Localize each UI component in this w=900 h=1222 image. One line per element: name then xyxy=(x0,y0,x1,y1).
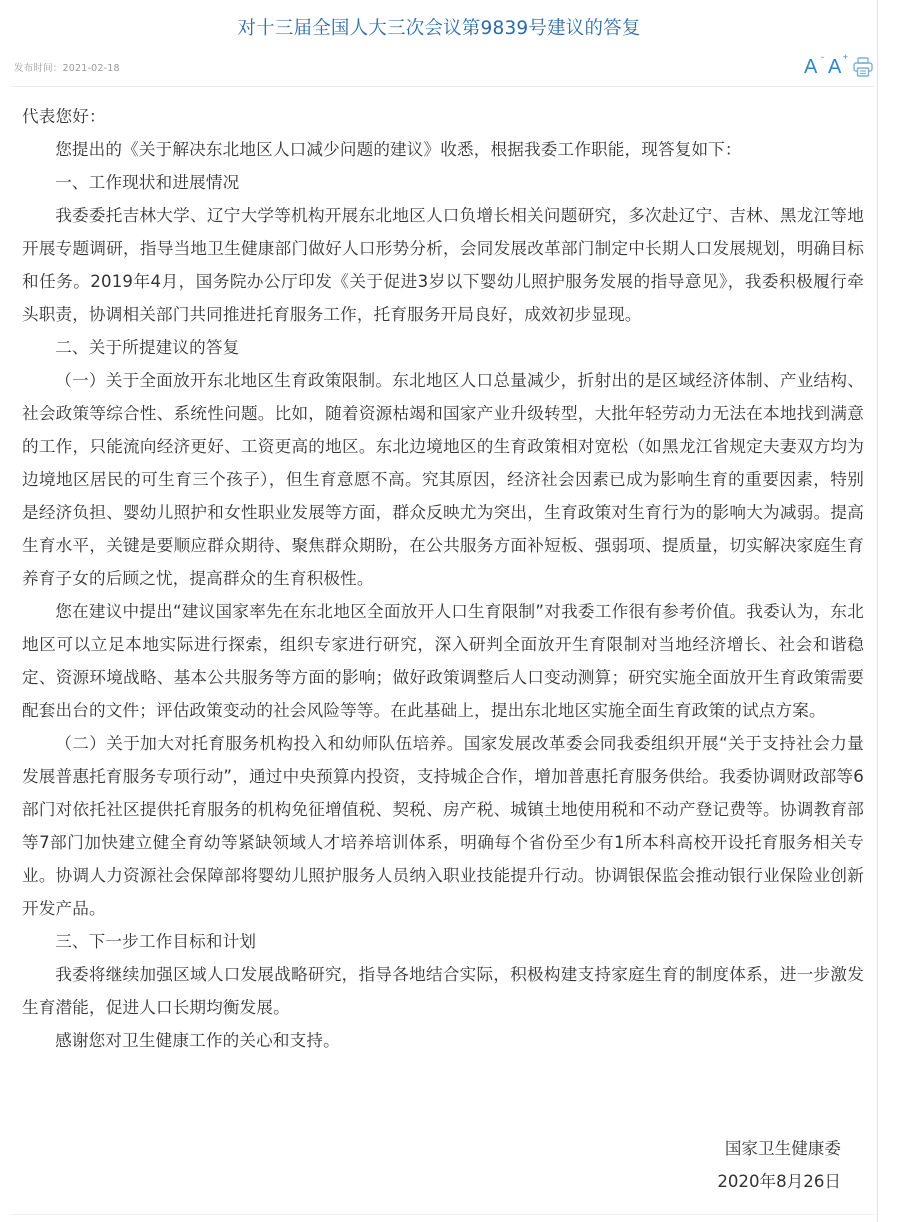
font-increase-icon: A xyxy=(828,56,841,78)
body-paragraph: 您在建议中提出“建议国家率先在东北地区全面放开人口生育限制”对我委工作很有参考价… xyxy=(22,595,864,727)
salutation: 代表您好： xyxy=(22,100,864,133)
article-tools: A- A+ xyxy=(804,56,874,78)
font-increase-button[interactable]: A+ xyxy=(828,57,846,77)
section-heading-2: 二、关于所提建议的答复 xyxy=(22,331,864,364)
meta-row: 发布时间：2021-02-18 A- A+ xyxy=(14,56,876,80)
printer-icon[interactable] xyxy=(852,56,874,78)
publish-date: 发布时间：2021-02-18 xyxy=(14,60,120,74)
section-heading-1: 一、工作现状和进展情况 xyxy=(22,166,864,199)
body-paragraph: 我委将继续加强区域人口发展战略研究，指导各地结合实际，积极构建支持家庭生育的制度… xyxy=(22,958,864,1024)
intro-paragraph: 您提出的《关于解决东北地区人口减少问题的建议》收悉，根据我委工作职能，现答复如下… xyxy=(22,133,864,166)
header-divider xyxy=(10,86,874,87)
font-decrease-icon: A xyxy=(804,56,817,78)
article-body: 代表您好： 您提出的《关于解决东北地区人口减少问题的建议》收悉，根据我委工作职能… xyxy=(22,100,864,1057)
page-title: 对十三届全国人大三次会议第9839号建议的答复 xyxy=(0,14,878,40)
signature-block: 国家卫生健康委 2020年8月26日 xyxy=(717,1132,841,1198)
signature-date: 2020年8月26日 xyxy=(717,1165,841,1198)
article-page: 对十三届全国人大三次会议第9839号建议的答复 发布时间：2021-02-18 … xyxy=(0,0,878,1222)
closing-paragraph: 感谢您对卫生健康工作的关心和支持。 xyxy=(22,1024,864,1057)
body-paragraph: （二）关于加大对托育服务机构投入和幼师队伍培养。国家发展改革委会同我委组织开展“… xyxy=(22,727,864,925)
body-paragraph: （一）关于全面放开东北地区生育政策限制。东北地区人口总量减少，折射出的是区域经济… xyxy=(22,364,864,595)
signature-organization: 国家卫生健康委 xyxy=(717,1132,841,1165)
font-decrease-button[interactable]: A- xyxy=(804,57,822,77)
section-heading-3: 三、下一步工作目标和计划 xyxy=(22,925,864,958)
footer-divider xyxy=(10,1214,874,1215)
body-paragraph: 我委委托吉林大学、辽宁大学等机构开展东北地区人口负增长相关问题研究，多次赴辽宁、… xyxy=(22,199,864,331)
